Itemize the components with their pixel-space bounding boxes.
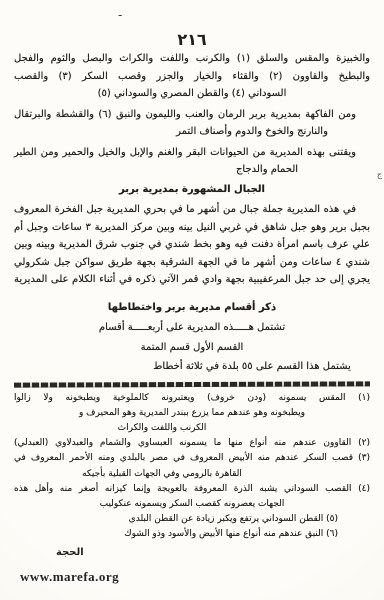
text-line-sections-2: القسم الأول قسم المتمة: [14, 339, 370, 357]
footnote-6-line-1: (٦) النبق عندهم منه أنواع منها الأبيض وا…: [14, 527, 370, 542]
text-line-mountains-2: بجبل برير وهو جبل شاهق في غربي النيل بين…: [14, 219, 370, 237]
heading-sections: ذكر أقسام مديرية بربر واختطاطها: [14, 299, 370, 317]
footnote-1-line-1: (١) المقس يسمونه (ودن خروف) ويعتبرونه كا…: [14, 391, 370, 406]
footnote-separator: [14, 381, 370, 387]
text-line-sections-3: يشتمل هذا القسم على ٥٥ بلدة في ثلاثة أخط…: [14, 358, 370, 376]
text-line-mountains-1: في هذه المديرية جملة جبال من أشهر ما في …: [14, 201, 370, 219]
text-line-vegetables-2: والبطيخ والقاوون (٢) والقثاء والخيار وال…: [14, 68, 370, 86]
footnote-2-line-1: (٢) القاوون عندهم منه أنواع منها ما يسمو…: [14, 436, 370, 451]
footnote-4-line-1: (٤) القصب السوداني يشبه الذرة المعروفة ب…: [14, 482, 370, 497]
text-line-mountains-4: شندي ٤ ساعات ومن أشهر ما في الجهة الشرقي…: [14, 254, 370, 272]
footnote-5-line-1: (٥) القطن السوداني يرتفع ويكبر زيادة عن …: [14, 512, 370, 527]
text-line-mountains-5: يجري إلى حد جبل المرعفيبية بجهة وادي قمر…: [14, 271, 370, 289]
page-content: ٢١٦ والخبيزة والمقس والسلق (١) والكرنب و…: [0, 0, 384, 558]
footnote-1-line-2: ويطبخونه وهو عندهم مما يزرع ببندر المدير…: [14, 406, 370, 421]
text-line-vegetables-3: السوداني (٤) والقطن المصري والسوداني (٥): [14, 85, 370, 103]
footnote-1-line-3: الكرنب واللفت والكراث: [14, 421, 370, 436]
marefa-watermark: www.marefa.org: [20, 569, 119, 585]
footnote-3-line-2: القاهرة بالرومي وفي الجهات القبلية بأجيك…: [14, 467, 370, 482]
text-line-animals-1: ويقتنى بهذه المديرية من الحيوانات البقر …: [14, 144, 370, 162]
catchword: الحجة: [14, 547, 370, 558]
text-line-animals-2: الحمام والدجاج: [14, 161, 370, 179]
footnote-3-line-1: (٣) قصب السكر عندهم منه الأبيض المعروف ف…: [14, 451, 370, 466]
text-line-mountains-3: علي عرف باسم امرأة دفنت فيه وهو بخط شندي…: [14, 236, 370, 254]
heading-mountains: الجبال المشهورة بمديرية بربر: [14, 181, 370, 199]
footnote-4-line-2: الجهات يعصرونه كقصب السكر ويسمونه عنكولي…: [14, 497, 370, 512]
scanned-book-page: - ج ٢١٦ والخبيزة والمقس والسلق (١) والكر…: [0, 0, 384, 600]
text-line-sections-1: تشتمل هـــــذه المديرية على أربعـــــة أ…: [14, 319, 370, 337]
text-line-fruits-1: ومن الفاكهة بمديرية بربر الرمان والعنب و…: [14, 106, 370, 124]
text-line-fruits-2: والنارنج والخوخ والدوم وأصناف التمر: [14, 123, 370, 141]
text-line-vegetables-1: والخبيزة والمقس والسلق (١) والكرنب واللف…: [14, 50, 370, 68]
page-number: ٢١٦: [14, 30, 370, 50]
